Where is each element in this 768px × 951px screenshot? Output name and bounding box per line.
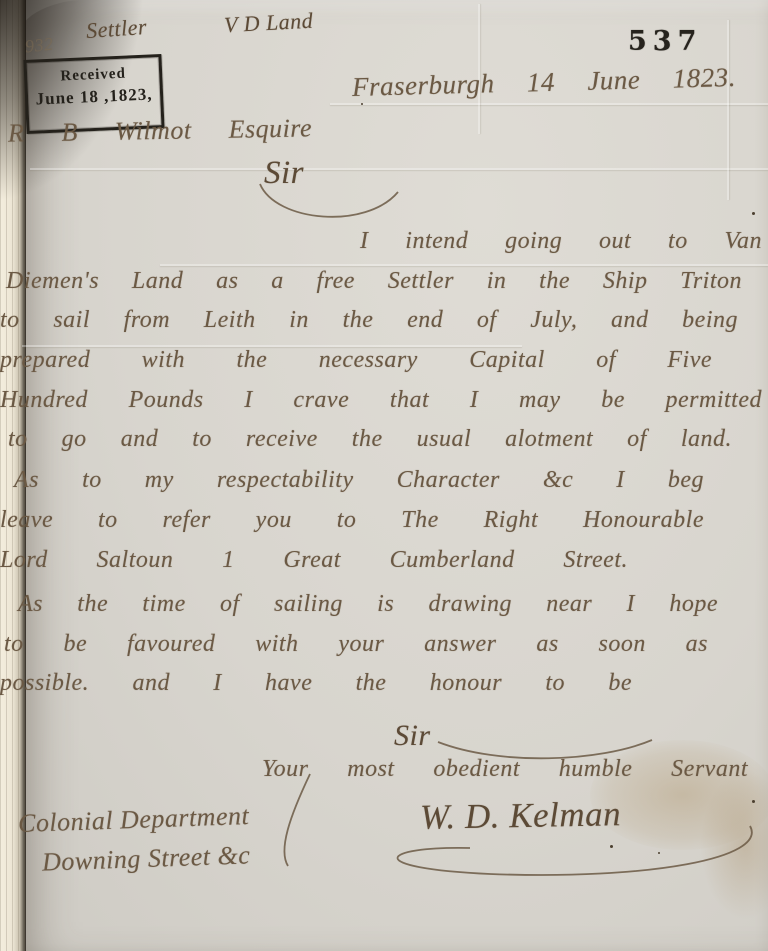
signature: W. D. Kelman: [420, 796, 622, 836]
closing-sir: Sir: [394, 720, 431, 752]
docket-number: 932: [24, 35, 54, 57]
valediction: Your most obedient humble Servant: [262, 757, 748, 782]
body-line-12: possible. and I have the honour to be: [0, 671, 632, 696]
addressee: R B Wilmot Esquire: [8, 114, 312, 147]
body-line-11: to be favoured with your answer as soon …: [4, 632, 708, 657]
body-line-2: Diemen's Land as a free Settler in the S…: [6, 269, 742, 294]
docket-note: Settler: [85, 15, 147, 42]
body-line-5: Hundred Pounds I crave that I may be per…: [0, 388, 762, 413]
body-line-9: Lord Saltoun 1 Great Cumberland Street.: [0, 548, 628, 573]
body-line-8: leave to refer you to The Right Honourab…: [0, 508, 704, 533]
body-line-1: I intend going out to Van: [360, 229, 762, 254]
folio-number: 537: [628, 26, 702, 57]
body-line-6: to go and to receive the usual alotment …: [8, 427, 732, 452]
body-line-7: As to my respectability Character &c I b…: [14, 468, 704, 493]
salutation: Sir: [264, 156, 304, 191]
docket-region-note: V D Land: [223, 9, 313, 37]
stamp-date: June 18 ,1823,: [28, 84, 161, 110]
body-line-10: As the time of sailing is drawing near I…: [18, 592, 718, 617]
stamp-received-label: Received: [27, 64, 160, 87]
scanned-letter-page: 537 Received June 18 ,1823, 932 Settler …: [0, 0, 768, 951]
body-line-3: to sail from Leith in the end of July, a…: [0, 308, 738, 333]
body-line-4: prepared with the necessary Capital of F…: [0, 348, 712, 373]
